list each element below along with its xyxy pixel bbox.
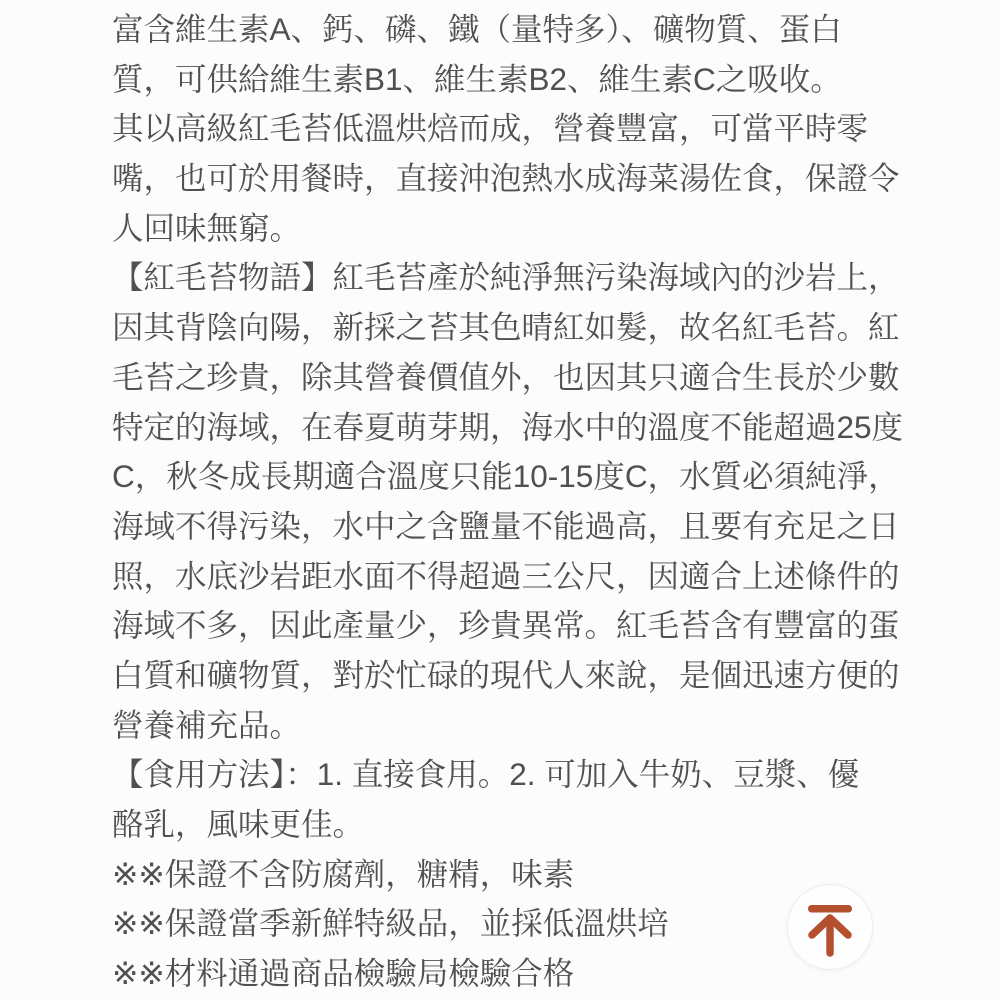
description-line: ※※材料通過商品檢驗局檢驗合格 (112, 949, 912, 999)
description-line: 其以高級紅毛苔低溫烘焙而成，營養豐富，可當平時零 (112, 104, 912, 154)
description-line: 酪乳，風味更佳。 (112, 800, 912, 850)
arrow-up-to-top-icon (808, 905, 852, 957)
description-line: 因其背陰向陽，新採之苔其色晴紅如髮，故名紅毛苔。紅 (112, 303, 912, 353)
description-line: 營養補充品。 (112, 701, 912, 751)
description-line: 人回味無窮。 (112, 204, 912, 254)
description-line: 嘴，也可於用餐時，直接沖泡熱水成海菜湯佐食，保證令 (112, 154, 912, 204)
description-line: 【紅毛苔物語】紅毛苔產於純淨無污染海域內的沙岩上， (112, 253, 912, 303)
product-description-text: 富含維生素A、鈣、磷、鐵（量特多）、礦物質、蛋白 質，可供給維生素B1、維生素B… (112, 5, 912, 999)
product-description-page: 富含維生素A、鈣、磷、鐵（量特多）、礦物質、蛋白 質，可供給維生素B1、維生素B… (0, 0, 1000, 1000)
description-line: 毛苔之珍貴，除其營養價值外，也因其只適合生長於少數 (112, 353, 912, 403)
description-line: 富含維生素A、鈣、磷、鐵（量特多）、礦物質、蛋白 (112, 5, 912, 55)
description-line: 海域不多，因此產量少，珍貴異常。紅毛苔含有豐富的蛋 (112, 601, 912, 651)
description-line: 白質和礦物質，對於忙碌的現代人來說，是個迅速方便的 (112, 651, 912, 701)
back-to-top-button[interactable] (787, 884, 873, 970)
description-line: C，秋冬成長期適合溫度只能10-15度C，水質必須純淨， (112, 452, 912, 502)
description-line: 照，水底沙岩距水面不得超過三公尺，因適合上述條件的 (112, 552, 912, 602)
description-line: 海域不得污染，水中之含鹽量不能過高，且要有充足之日 (112, 502, 912, 552)
description-line: 質，可供給維生素B1、維生素B2、維生素C之吸收。 (112, 55, 912, 105)
description-line: ※※保證不含防腐劑，糖精，味素 (112, 850, 912, 900)
description-line: 【食用方法】：1. 直接食用。2. 可加入牛奶、豆漿、優 (112, 750, 912, 800)
description-line: 特定的海域，在春夏萌芽期，海水中的溫度不能超過25度 (112, 403, 912, 453)
